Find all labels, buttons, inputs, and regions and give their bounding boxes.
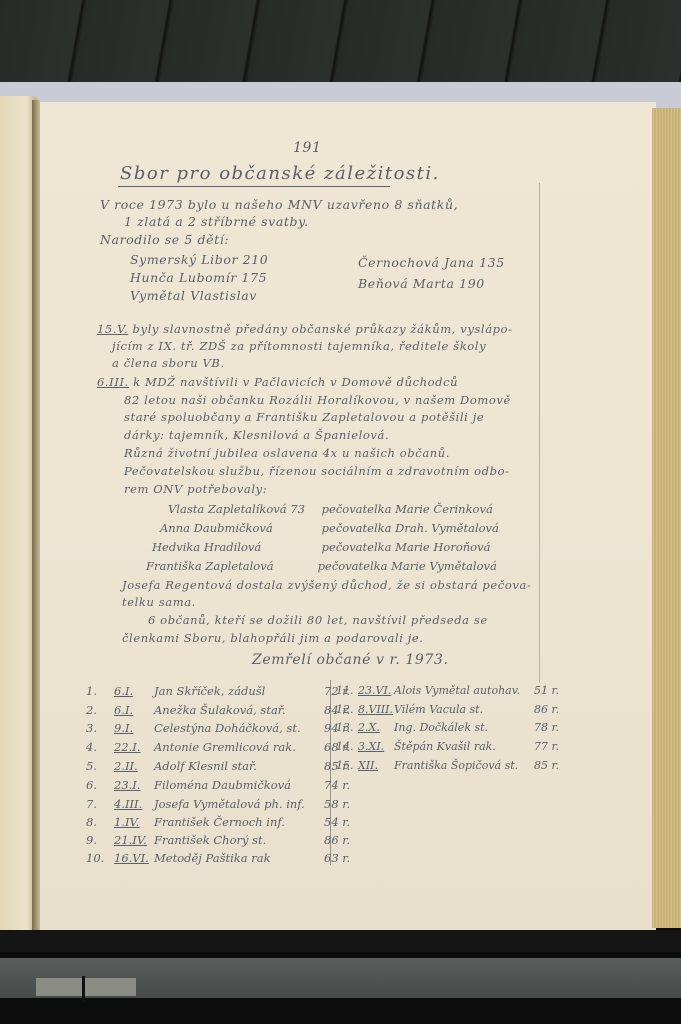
page-title: Sbor pro občanské záležitosti. — [120, 163, 440, 184]
care-caregiver: pečovatelka Marie Vymětalová — [318, 559, 497, 573]
entry-line: jícím z IX. tř. ZDŠ za přítomnosti tajem… — [112, 339, 486, 353]
death-row: 6.23.I.Filoména Daubmičková74 r. — [86, 778, 350, 792]
birth-entry: Vymětal Vlastislav — [130, 288, 257, 303]
death-row: 2.6.I.Anežka Šulaková, stař.84 r. — [86, 703, 350, 717]
birth-number: 175 — [242, 270, 268, 285]
death-row: 9.21.IV.František Chorý st.86 r. — [86, 833, 350, 847]
entry-line: Pečovatelskou službu, řízenou sociálním … — [124, 464, 510, 478]
entry-line: Různá životní jubilea oslavena 4x u naši… — [124, 446, 450, 460]
care-caregiver: pečovatelka Marie Horoňová — [322, 540, 491, 554]
care-caregiver: pečovatelka Marie Čerinková — [322, 502, 493, 516]
birth-name: Černochová Jana — [358, 255, 475, 270]
closing-line: telku sama. — [122, 595, 196, 609]
entry-line: 15.V. byly slavnostně předány občanské p… — [97, 322, 513, 336]
death-row: 1.6.I.Jan Skříček, zádušl72 r. — [86, 684, 350, 698]
birth-number: 135 — [479, 255, 505, 270]
closing-line: členkami Sboru, blahopřáli jim a podarov… — [122, 631, 424, 645]
book-shadow — [0, 930, 681, 952]
intro-line: 1 zlatá a 2 stříbrné svatby. — [124, 214, 309, 229]
entry-line: 6.III. k MDŽ navštívili v Pačlavicích v … — [97, 375, 458, 389]
death-row: 7.4.III.Josefa Vymětalová ph. inf.58 r. — [86, 797, 350, 811]
care-row: Anna Daubmičková pečovatelka Drah. Vymět… — [160, 521, 499, 535]
margin-rule — [539, 183, 540, 683]
birth-name: Beňová Marta — [358, 276, 455, 291]
death-row: 3.9.I.Celestýna Doháčková, st.94 r. — [86, 721, 350, 735]
care-recipient: Hedvika Hradilová — [152, 540, 318, 554]
birth-number: 210 — [243, 252, 269, 267]
care-recipient: Vlasta Zapletalíková 73 — [168, 502, 318, 516]
death-row: 14.3.XI.Štěpán Kvašil rak.77 r. — [336, 740, 559, 753]
birth-entry: Beňová Marta 190 — [358, 276, 485, 291]
birth-name: Symerský Libor — [130, 252, 238, 267]
closing-line: 6 občanů, kteří se dožili 80 let, navští… — [148, 613, 488, 627]
page-stack-edge — [652, 108, 681, 928]
death-row: 12.8.VIII.Vilém Vacula st.86 r. — [336, 703, 559, 716]
birth-entry: Symerský Libor 210 — [130, 252, 268, 267]
birth-name: Hunča Lubomír — [130, 270, 237, 285]
death-row: 5.2.II.Adolf Klesnil stař.85 r. — [86, 759, 350, 773]
care-recipient: Františka Zapletalová — [146, 559, 314, 573]
entry-date: 6.III. — [97, 375, 129, 389]
closing-line: Josefa Regentová dostala zvýšený důchod,… — [122, 578, 531, 592]
deaths-title: Zemřelí občané v r. 1973. — [252, 652, 449, 668]
entry-line: rem ONV potřebovaly: — [124, 482, 267, 496]
death-row: 10.16.VI.Metoděj Paštika rak63 r. — [86, 851, 350, 865]
death-row: 4.22.I.Antonie Gremlicová rak.68 r. — [86, 740, 350, 754]
entry-line: a člena sboru VB. — [112, 356, 225, 370]
scanner-label — [36, 978, 136, 996]
intro-line: Narodilo se 5 dětí: — [100, 232, 229, 247]
care-recipient: Anna Daubmičková — [160, 521, 318, 535]
birth-number: 190 — [459, 276, 485, 291]
book-gutter — [32, 100, 40, 930]
death-row: 11.23.VI.Alois Vymětal autohav.51 r. — [336, 684, 559, 697]
intro-line: V roce 1973 bylo u našeho MNV uzavřeno 8… — [100, 197, 458, 212]
birth-entry: Černochová Jana 135 — [358, 255, 505, 270]
entry-line: staré spoluobčany a Františku Zapletalov… — [124, 410, 484, 424]
entry-line: 82 letou naši občanku Rozálii Horalíkovo… — [124, 393, 511, 407]
death-row: 8.1.IV.František Černoch inf.54 r. — [86, 815, 350, 829]
birth-name: Vymětal Vlastislav — [130, 288, 257, 303]
entry-line: dárky: tajemník, Klesnilová a Španielová… — [124, 428, 389, 442]
page-number: 191 — [293, 140, 322, 156]
care-caregiver: pečovatelka Drah. Vymětalová — [322, 521, 499, 535]
death-row: 13.2.X.Ing. Dočkálek st.78 r. — [336, 721, 559, 734]
death-row: 15.XII.Františka Šopičová st.85 r. — [336, 759, 559, 772]
birth-entry: Hunča Lubomír 175 — [130, 270, 267, 285]
care-row: Hedvika Hradilová pečovatelka Marie Horo… — [152, 540, 490, 554]
title-underline — [118, 186, 390, 187]
care-row: Vlasta Zapletalíková 73 pečovatelka Mari… — [168, 502, 493, 516]
entry-date: 15.V. — [97, 322, 128, 336]
care-row: Františka Zapletalová pečovatelka Marie … — [146, 559, 497, 573]
